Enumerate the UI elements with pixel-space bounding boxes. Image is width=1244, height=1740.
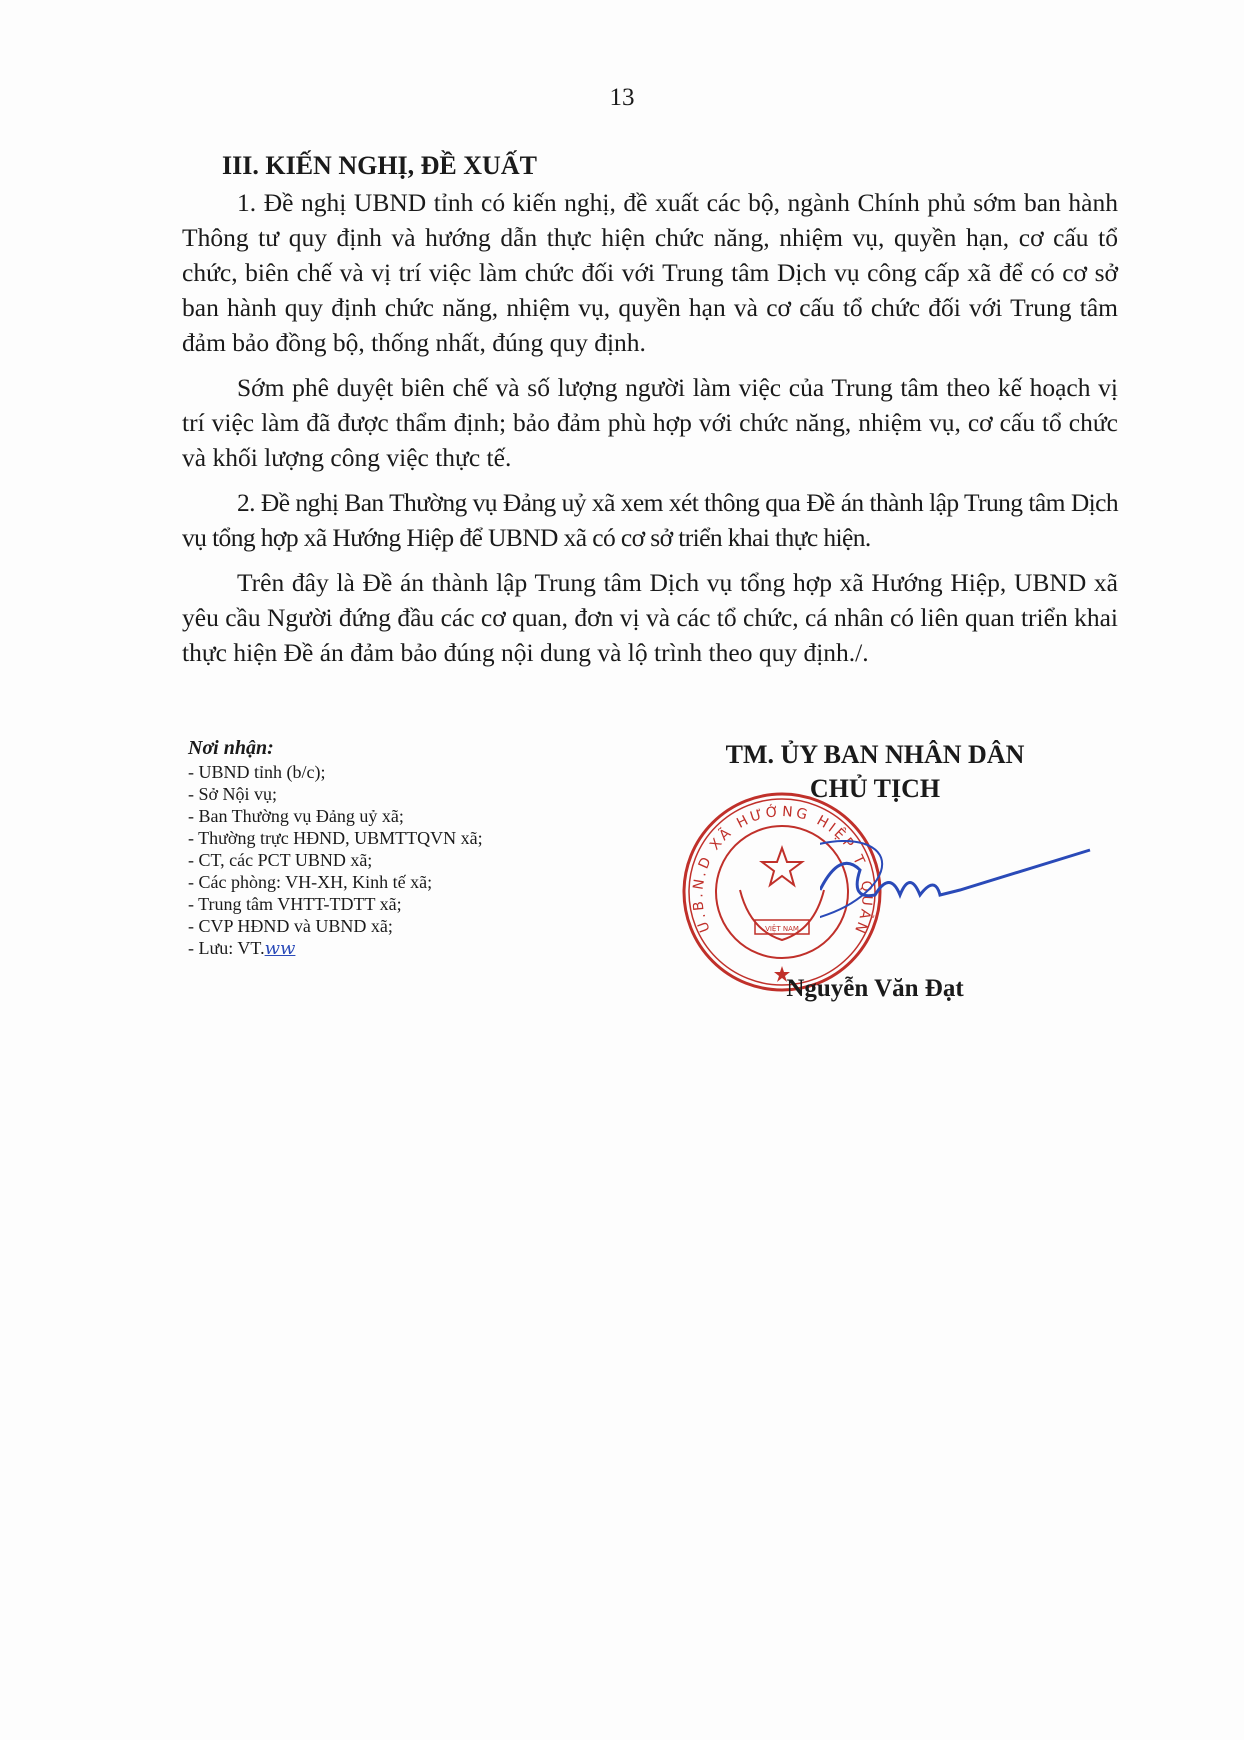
recipient-item-archive: - Lưu: VT.ww: [188, 937, 483, 960]
archive-initials-mark: ww: [265, 938, 296, 959]
paragraph-2: Sớm phê duyệt biên chế và số lượng người…: [182, 370, 1118, 475]
recipient-item: - Sở Nội vụ;: [188, 783, 483, 805]
recipient-item: - CVP HĐND và UBND xã;: [188, 915, 483, 937]
recipient-item: - CT, các PCT UBND xã;: [188, 849, 483, 871]
handwritten-signature-icon: [820, 840, 1100, 920]
paragraph-4: Trên đây là Đề án thành lập Trung tâm Dị…: [182, 565, 1118, 670]
recipients-list: Nơi nhận: - UBND tỉnh (b/c); - Sở Nội vụ…: [188, 737, 483, 960]
on-behalf-title: TM. ỦY BAN NHÂN DÂN: [650, 738, 1100, 772]
section-body: III. KIẾN NGHỊ, ĐỀ XUẤT 1. Đề nghị UBND …: [182, 148, 1118, 680]
recipient-item: - Ban Thường vụ Đảng uỷ xã;: [188, 805, 483, 827]
page-number: 13: [0, 84, 1244, 112]
paragraph-3: 2. Đề nghị Ban Thường vụ Đảng uỷ xã xem …: [182, 485, 1118, 555]
paragraph-1: 1. Đề nghị UBND tỉnh có kiến nghị, đề xu…: [182, 185, 1118, 360]
recipients-title: Nơi nhận:: [188, 737, 483, 759]
recipient-item: - UBND tỉnh (b/c);: [188, 761, 483, 783]
seal-inner-text: VIỆT NAM: [765, 924, 799, 933]
recipient-item: - Trung tâm VHTT-TDTT xã;: [188, 893, 483, 915]
archive-label: - Lưu: VT.: [188, 938, 265, 958]
signer-name: Nguyễn Văn Đạt: [650, 975, 1100, 1003]
recipient-item: - Thường trực HĐND, UBMTTQVN xã;: [188, 827, 483, 849]
recipient-item: - Các phòng: VH-XH, Kinh tế xã;: [188, 871, 483, 893]
section-heading: III. KIẾN NGHỊ, ĐỀ XUẤT: [222, 148, 1118, 183]
